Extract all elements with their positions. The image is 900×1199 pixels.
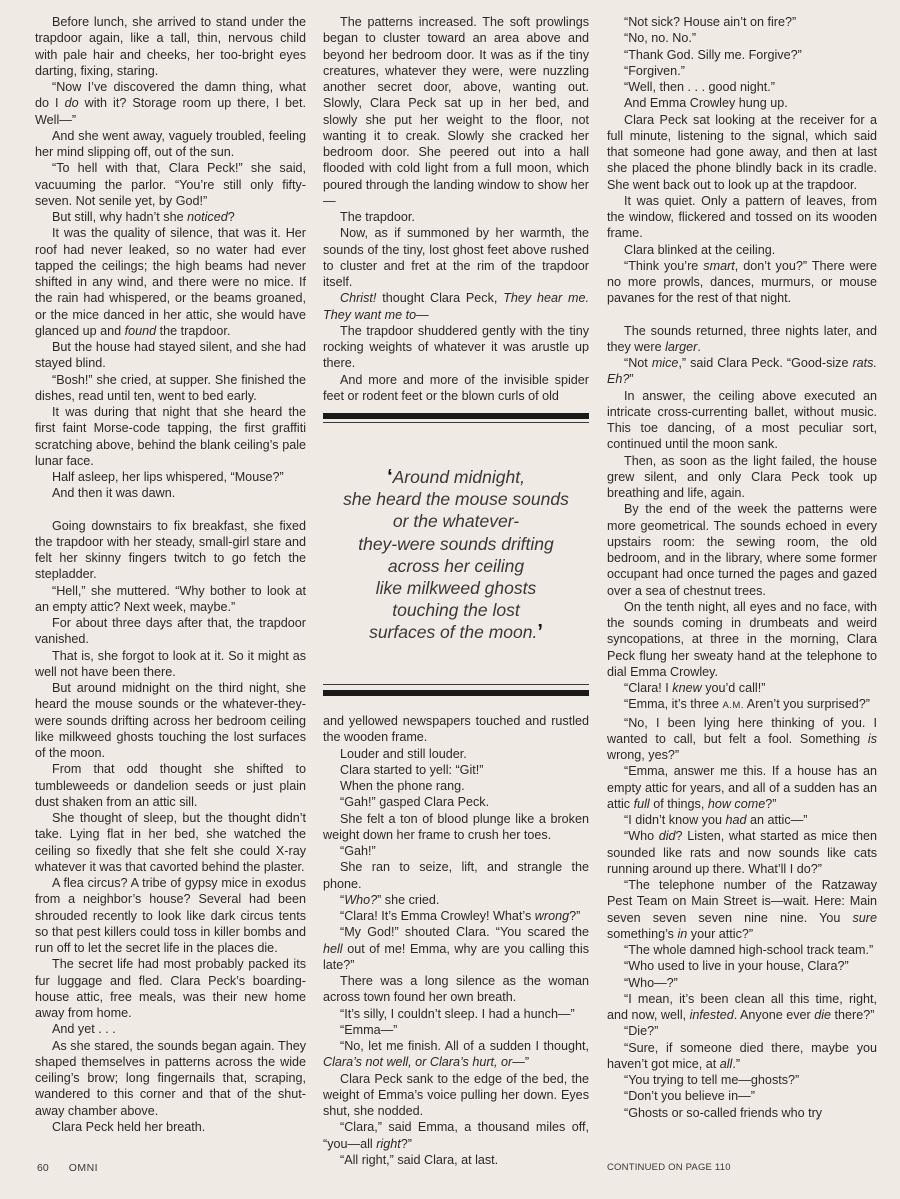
magazine-page: Before lunch, she arrived to stand under… [0, 0, 900, 1199]
paragraph: “Gah!” gasped Clara Peck. [323, 794, 589, 810]
paragraph: “Now I’ve discovered the damn thing, wha… [35, 79, 306, 128]
page-number: 60 [37, 1162, 49, 1174]
paragraph: “Emma, it’s three A.M. Aren’t you surpri… [607, 696, 877, 714]
paragraph: The trapdoor shuddered gently with the t… [323, 323, 589, 372]
paragraph: Going downstairs to fix breakfast, she f… [35, 518, 306, 583]
column-middle-bottom: and yellowed newspapers touched and rust… [323, 713, 589, 1168]
paragraph: “To hell with that, Clara Peck!” she sai… [35, 160, 306, 209]
pull-quote-line: surfaces of the moon. [369, 622, 537, 642]
paragraph: “Who did? Listen, what started as mice t… [607, 828, 877, 877]
pull-quote-line: like milkweed ghosts [376, 578, 536, 598]
paragraph: When the phone rang. [323, 778, 589, 794]
paragraph: “Think you’re smart, don’t you?” There w… [607, 258, 877, 307]
paragraph: “Who?” she cried. [323, 892, 589, 908]
paragraph: “Who—?” [607, 975, 877, 991]
close-quote-mark: ’ [537, 621, 543, 643]
paragraph: “Clara! It’s Emma Crowley! What’s wrong?… [323, 908, 589, 924]
paragraph: Then, as soon as the light failed, the h… [607, 453, 877, 502]
paragraph: “Who used to live in your house, Clara?” [607, 958, 877, 974]
column-right: “Not sick? House ain’t on fire?”“No, no.… [607, 14, 877, 1121]
paragraph: A flea circus? A tribe of gypsy mice in … [35, 875, 306, 956]
pullquote-top-rule-thick [323, 413, 589, 419]
paragraph: “I didn’t know you had an attic—” [607, 812, 877, 828]
paragraph: It was quiet. Only a pattern of leaves, … [607, 193, 877, 242]
paragraph: The secret life had most probably packed… [35, 956, 306, 1021]
paragraph: “It’s silly, I couldn’t sleep. I had a h… [323, 1006, 589, 1022]
paragraph: The patterns increased. The soft prowlin… [323, 14, 589, 209]
paragraph: Clara started to yell: “Git!” [323, 762, 589, 778]
paragraph: For about three days after that, the tra… [35, 615, 306, 648]
paragraph: In answer, the ceiling above executed an… [607, 388, 877, 453]
paragraph: Before lunch, she arrived to stand under… [35, 14, 306, 79]
paragraph: But around midnight on the third night, … [35, 680, 306, 761]
paragraph: “Emma—” [323, 1022, 589, 1038]
paragraph: “The whole damned high-school track team… [607, 942, 877, 958]
paragraph: “Emma, answer me this. If a house has an… [607, 763, 877, 812]
pullquote-bottom-rule-thin [323, 684, 589, 685]
paragraph: and yellowed newspapers touched and rust… [323, 713, 589, 746]
paragraph: “The telephone number of the Ratzaway Pe… [607, 877, 877, 942]
paragraph: She felt a ton of blood plunge like a br… [323, 811, 589, 844]
paragraph: “Not mice,” said Clara Peck. “Good-size … [607, 355, 877, 388]
paragraph: She thought of sleep, but the thought di… [35, 810, 306, 875]
paragraph: “Clara! I knew you’d call!” [607, 680, 877, 696]
paragraph: “Sure, if someone died there, maybe you … [607, 1040, 877, 1073]
paragraph: “Hell,” she muttered. “Why bother to loo… [35, 583, 306, 616]
paragraph: “All right,” said Clara, at last. [323, 1152, 589, 1168]
paragraph: Clara Peck sat looking at the receiver f… [607, 112, 877, 193]
pullquote-top-rule-thin [323, 422, 589, 423]
pull-quote-line: across her ceiling [388, 556, 524, 576]
page-folio: 60OMNI [37, 1162, 98, 1174]
paragraph: “Thank God. Silly me. Forgive?” [607, 47, 877, 63]
paragraph: “Ghosts or so-called friends who try [607, 1105, 877, 1121]
pull-quote-line: they-were sounds drifting [358, 534, 554, 554]
paragraph: “Forgiven.” [607, 63, 877, 79]
pull-quote-line: she heard the mouse sounds [343, 489, 569, 509]
paragraph: There was a long silence as the woman ac… [323, 973, 589, 1006]
paragraph: Clara Peck sank to the edge of the bed, … [323, 1071, 589, 1120]
paragraph: “Don’t you believe in—” [607, 1088, 877, 1104]
paragraph: “No, no. No.” [607, 30, 877, 46]
paragraph: But still, why hadn’t she noticed? [35, 209, 306, 225]
magazine-name: OMNI [69, 1162, 98, 1174]
paragraph: “Clara,” said Emma, a thousand miles off… [323, 1119, 589, 1152]
paragraph: It was the quality of silence, that was … [35, 225, 306, 339]
pullquote-bottom-rule-thick [323, 690, 589, 696]
paragraph: It was during that night that she heard … [35, 404, 306, 469]
paragraph: That is, she forgot to look at it. So it… [35, 648, 306, 681]
pull-quote-line: touching the lost [392, 600, 519, 620]
paragraph: “No, let me finish. All of a sudden I th… [323, 1038, 589, 1071]
paragraph: “Die?” [607, 1023, 877, 1039]
paragraph: Christ! thought Clara Peck, They hear me… [323, 290, 589, 323]
paragraph: Clara Peck held her breath. [35, 1119, 306, 1135]
pull-quote-line: or the whatever- [393, 511, 519, 531]
paragraph: Clara blinked at the ceiling. [607, 242, 877, 258]
paragraph: “Bosh!” she cried, at supper. She finish… [35, 372, 306, 405]
column-left: Before lunch, she arrived to stand under… [35, 14, 306, 1135]
paragraph: As she stared, the sounds began again. T… [35, 1038, 306, 1119]
continued-notice: CONTINUED ON PAGE 110 [607, 1162, 731, 1173]
paragraph: And more and more of the invisible spide… [323, 372, 589, 405]
paragraph: “You trying to tell me—ghosts?” [607, 1072, 877, 1088]
pull-quote-line: Around midnight, [393, 467, 525, 487]
paragraph: Half asleep, her lips whispered, “Mouse?… [35, 469, 306, 485]
paragraph: She ran to seize, lift, and strangle the… [323, 859, 589, 892]
paragraph: From that odd thought she shifted to tum… [35, 761, 306, 810]
paragraph: “Gah!” [323, 843, 589, 859]
paragraph: Louder and still louder. [323, 746, 589, 762]
paragraph: And yet . . . [35, 1021, 306, 1037]
paragraph: But the house had stayed silent, and she… [35, 339, 306, 372]
paragraph: “My God!” shouted Clara. “You scared the… [323, 924, 589, 973]
paragraph: “No, I been lying here thinking of you. … [607, 715, 877, 764]
paragraph: “Well, then . . . good night.” [607, 79, 877, 95]
pull-quote: ‘Around midnight, she heard the mouse so… [323, 466, 589, 644]
paragraph: Now, as if summoned by her warmth, the s… [323, 225, 589, 290]
paragraph: “I mean, it’s been clean all this time, … [607, 991, 877, 1024]
paragraph: “Not sick? House ain’t on fire?” [607, 14, 877, 30]
paragraph: And she went away, vaguely troubled, fee… [35, 128, 306, 161]
column-middle-top: The patterns increased. The soft prowlin… [323, 14, 589, 404]
paragraph: The trapdoor. [323, 209, 589, 225]
paragraph: And Emma Crowley hung up. [607, 95, 877, 111]
paragraph: And then it was dawn. [35, 485, 306, 501]
paragraph: By the end of the week the patterns were… [607, 501, 877, 599]
paragraph: The sounds returned, three nights later,… [607, 323, 877, 356]
paragraph: On the tenth night, all eyes and no face… [607, 599, 877, 680]
